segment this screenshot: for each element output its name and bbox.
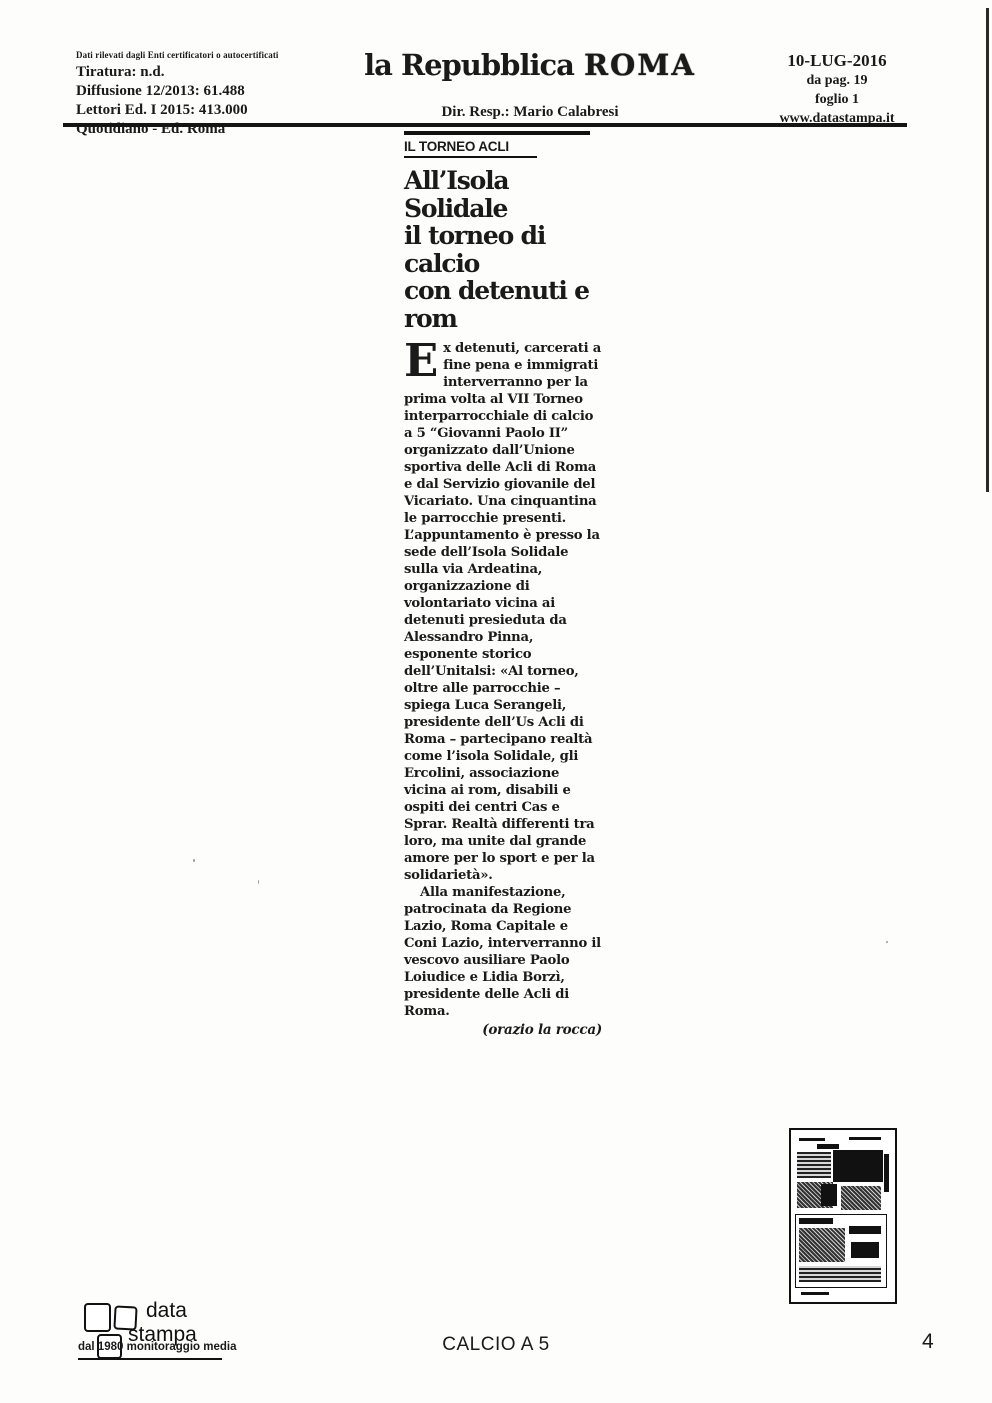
footer-page-number: 4: [922, 1330, 934, 1354]
newspaper-logo: la Repubblica ROMA: [330, 48, 730, 82]
headline-line-2: il torneo di calcio: [404, 222, 602, 277]
masthead-rule: [63, 123, 907, 127]
director-line: Dir. Resp.: Mario Calabresi: [330, 104, 730, 121]
tagline-underline: [78, 1358, 222, 1360]
paragraph-1-text: x detenuti, carcerati a fine pena e immi…: [404, 341, 601, 883]
thumb-ad-box: [851, 1242, 879, 1258]
article-kicker: IL TORNEO ACLI: [404, 139, 537, 158]
page-thumbnail-image: [789, 1128, 897, 1304]
thumb-right-column-bar: [884, 1154, 889, 1192]
issue-info: 10-LUG-2016 da pag. 19 foglio 1 www.data…: [766, 50, 908, 128]
article-body: Ex detenuti, carcerati a fine pena e imm…: [404, 340, 602, 1039]
thumb-lower-headline: [799, 1218, 833, 1224]
thumb-lower-kicker: [849, 1226, 881, 1234]
scan-speck: [258, 880, 259, 884]
newspaper-logo-edition: ROMA: [584, 48, 696, 82]
thumb-masthead-bar: [799, 1138, 825, 1141]
stat-diffusione: Diffusione 12/2013: 61.488: [76, 82, 376, 101]
article: IL TORNEO ACLI All’Isola Solidale il tor…: [404, 131, 602, 1039]
datastampa-wordmark-data: data: [146, 1299, 187, 1323]
scan-speck: [193, 859, 195, 862]
article-headline: All’Isola Solidale il torneo di calcio c…: [404, 167, 602, 332]
issue-date: 10-LUG-2016: [766, 50, 908, 71]
thumb-masthead-bar: [849, 1137, 881, 1140]
scan-speck: [886, 941, 888, 943]
issue-sheet: foglio 1: [766, 90, 908, 109]
headline-line-1: All’Isola Solidale: [404, 167, 602, 222]
thumb-footer-bar: [801, 1292, 829, 1295]
footer-section-label: CALCIO A 5: [0, 1334, 992, 1356]
thumb-headline-lines: [797, 1152, 831, 1178]
thumb-text-block: [841, 1186, 881, 1210]
datastampa-square-icon: [84, 1303, 111, 1332]
issue-from-page: da pag. 19: [766, 71, 908, 90]
thumb-lower-photo: [799, 1228, 845, 1262]
thumb-photo-block: [833, 1150, 883, 1182]
drop-cap: E: [404, 340, 443, 380]
thumb-photo-small: [821, 1184, 837, 1206]
article-byline: (orazio la rocca): [404, 1022, 602, 1039]
kicker-top-rule: [404, 131, 590, 135]
thumb-lower-text: [799, 1266, 881, 1282]
press-clipping-sheet: Dati rilevati dagli Enti certificatori o…: [0, 0, 992, 1403]
newspaper-logo-name: la Repubblica: [364, 48, 574, 82]
article-paragraph-1: Ex detenuti, carcerati a fine pena e imm…: [404, 340, 602, 884]
thumb-logo-bar: [817, 1144, 839, 1149]
scan-artifact-line: [986, 8, 989, 492]
headline-line-3: con detenuti e rom: [404, 277, 602, 332]
article-paragraph-2: Alla manifestazione, patrocinata da Regi…: [404, 884, 602, 1020]
